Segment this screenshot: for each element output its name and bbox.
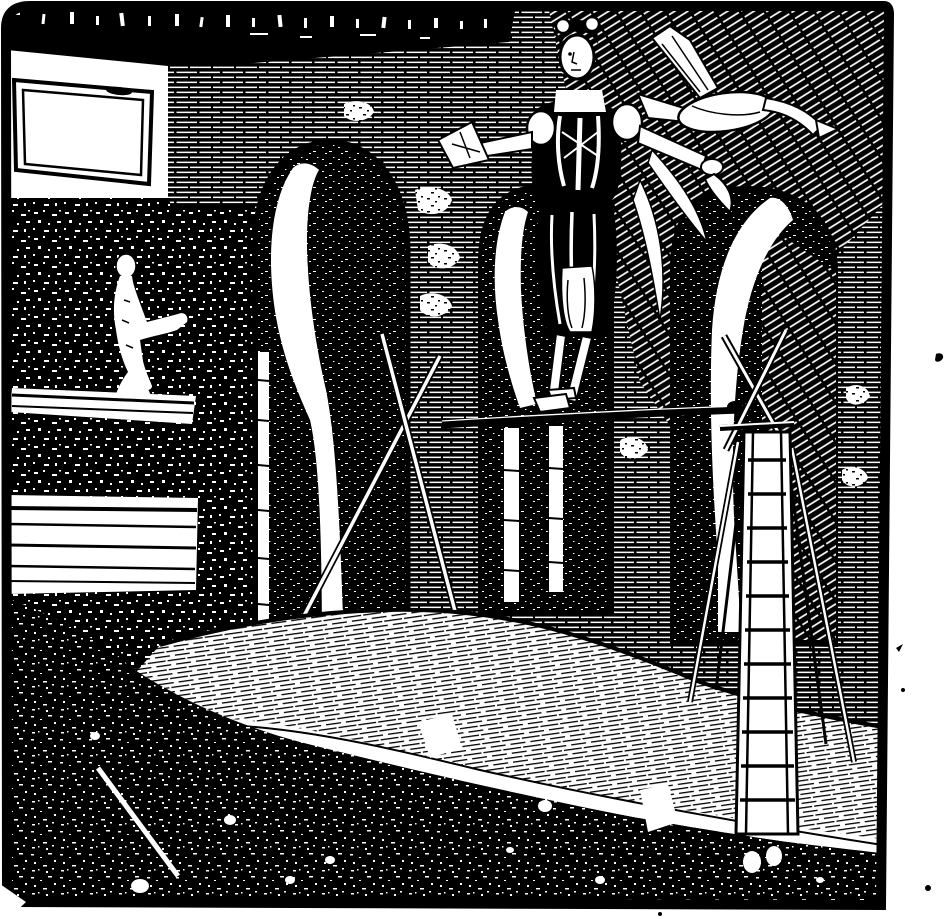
dancer-hand-right [701,159,723,175]
window-shutter [7,50,168,208]
rope-knot [727,401,743,413]
arch-left [255,142,408,665]
arch-middle-pillar-right [549,426,563,592]
ladder [736,432,798,834]
wall-left-strip [170,66,255,206]
dancer-foot-front [534,394,570,412]
dancer-collar [554,90,606,112]
dancer-sleeve-right [612,104,642,140]
arch-middle-pillar-left [504,428,519,602]
woodcut-print: Old woodcut print: a rope dancer balance… [0,0,947,919]
dancer-head [556,17,599,79]
bench-front [8,495,198,594]
dancer-hair-bun [556,19,570,33]
woodcut-canvas [0,0,947,919]
